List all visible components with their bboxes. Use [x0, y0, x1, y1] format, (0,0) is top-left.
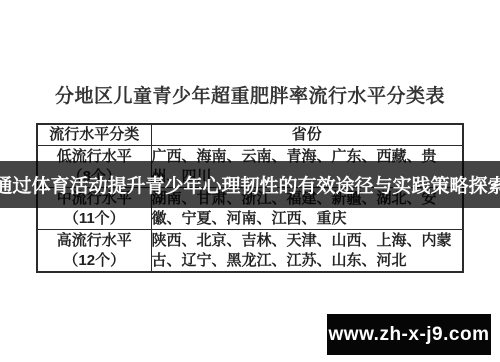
- header-level-column: 流行水平分类: [37, 124, 151, 146]
- article-title-overlay-banner: 通过体育活动提升青少年心理韧性的有效途径与实践策略探索: [0, 161, 500, 208]
- level-count: （11个）: [38, 209, 151, 229]
- page-canvas: 分地区儿童青少年超重肥胖率流行水平分类表 流行水平分类 省份 低流行水平 （8个…: [0, 0, 500, 362]
- table-row: 高流行水平 （12个） 陕西、北京、吉林、天津、山西、上海、内蒙古、辽宁、黑龙江…: [37, 230, 463, 273]
- table-title: 分地区儿童青少年超重肥胖率流行水平分类表: [0, 81, 500, 108]
- article-title-text: 通过体育活动提升青少年心理韧性的有效途径与实践策略探索: [0, 171, 500, 198]
- level-cell-high: 高流行水平 （12个）: [37, 230, 151, 273]
- table-header-row: 流行水平分类 省份: [37, 124, 463, 146]
- site-watermark: www.zh-x-j9.com: [327, 314, 491, 355]
- province-cell-high: 陕西、北京、吉林、天津、山西、上海、内蒙古、辽宁、黑龙江、江苏、山东、河北: [151, 230, 463, 273]
- header-province-column: 省份: [151, 124, 463, 146]
- level-count: （12个）: [38, 251, 151, 271]
- level-label: 高流行水平: [38, 231, 151, 251]
- site-watermark-url: www.zh-x-j9.com: [329, 324, 490, 346]
